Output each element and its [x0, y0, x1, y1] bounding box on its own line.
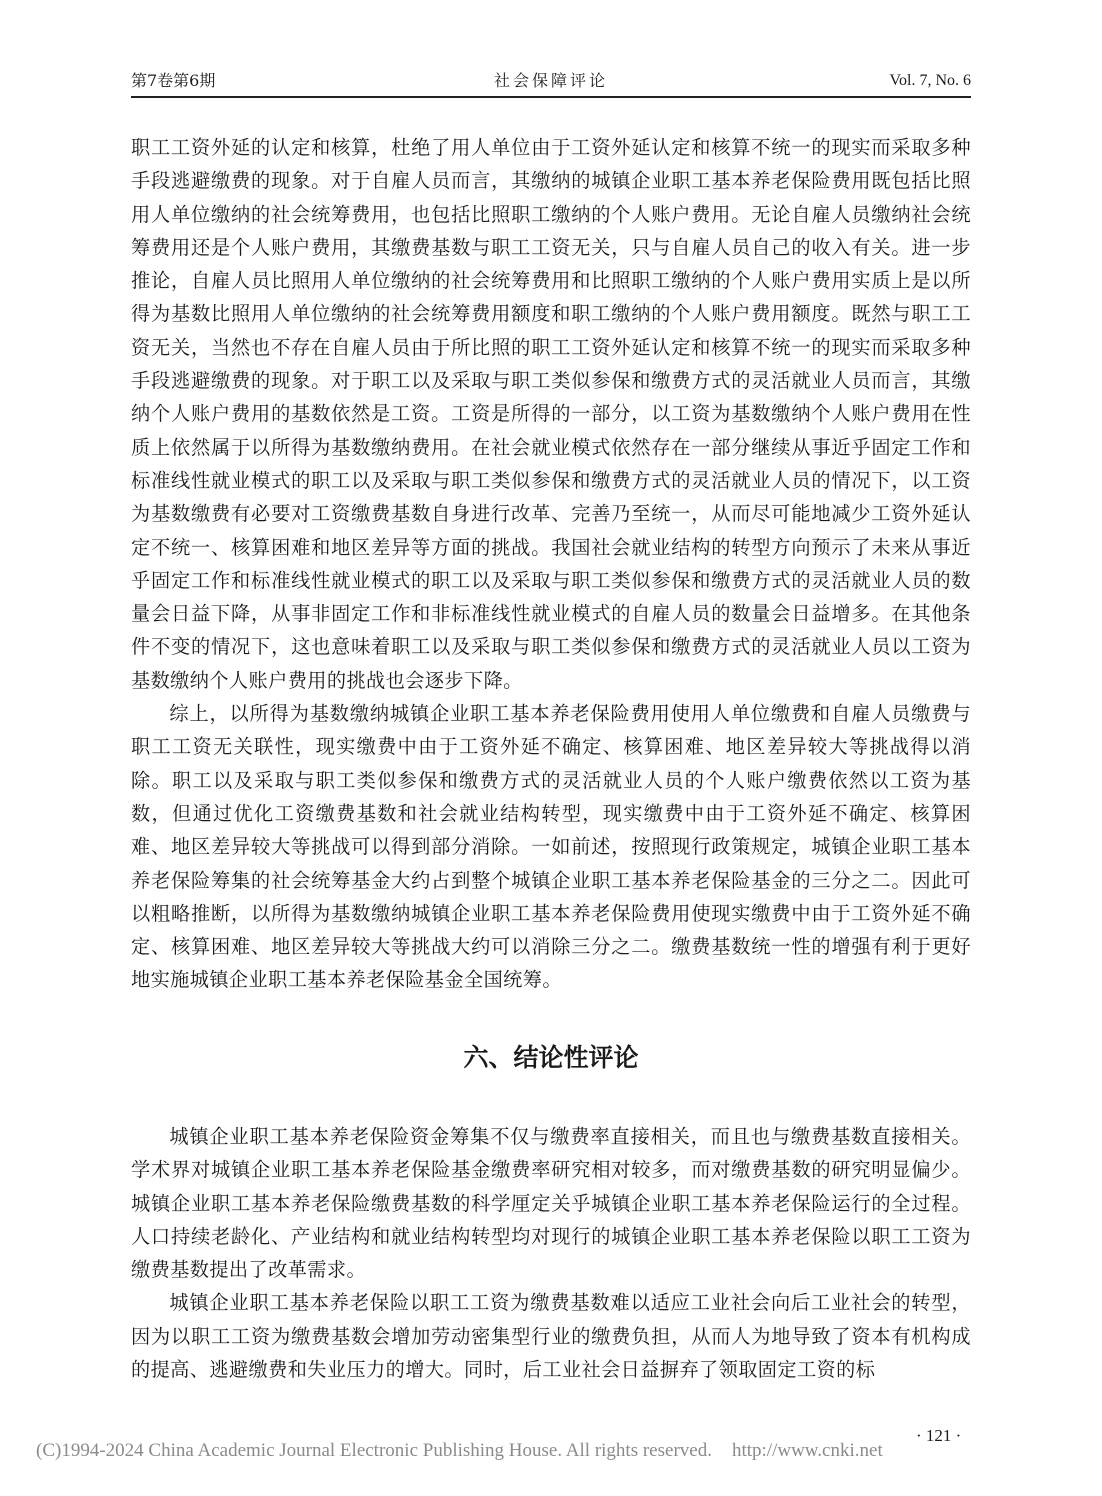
body-section-conclusion: 城镇企业职工基本养老保险资金筹集不仅与缴费率直接相关，而且也与缴费基数直接相关。…: [131, 1120, 971, 1386]
footer-url[interactable]: http://www.cnki.net: [732, 1440, 883, 1461]
paragraph: 综上，以所得为基数缴纳城镇企业职工基本养老保险费用使用人单位缴费和自雇人员缴费与…: [131, 697, 971, 997]
paragraph: 城镇企业职工基本养老保险资金筹集不仅与缴费率直接相关，而且也与缴费基数直接相关。…: [131, 1120, 971, 1286]
running-header: 第7卷第6期 社会保障评论 Vol. 7, No. 6: [131, 70, 971, 96]
body-section-continuation: 职工工资外延的认定和核算，杜绝了用人单位由于工资外延认定和核算不统一的现实而采取…: [131, 131, 971, 997]
copyright-footer: (C)1994-2024 China Academic Journal Elec…: [36, 1440, 883, 1462]
volume-label: Vol. 7, No. 6: [890, 70, 972, 92]
journal-title: 社会保障评论: [131, 70, 971, 92]
header-divider: [131, 96, 971, 98]
paragraph: 城镇企业职工基本养老保险以职工工资为缴费基数难以适应工业社会向后工业社会的转型，…: [131, 1286, 971, 1386]
page-number: · 121 ·: [916, 1426, 961, 1446]
paragraph: 职工工资外延的认定和核算，杜绝了用人单位由于工资外延认定和核算不统一的现实而采取…: [131, 131, 971, 697]
section-heading: 六、结论性评论: [131, 1040, 971, 1076]
copyright-text: (C)1994-2024 China Academic Journal Elec…: [36, 1440, 712, 1461]
